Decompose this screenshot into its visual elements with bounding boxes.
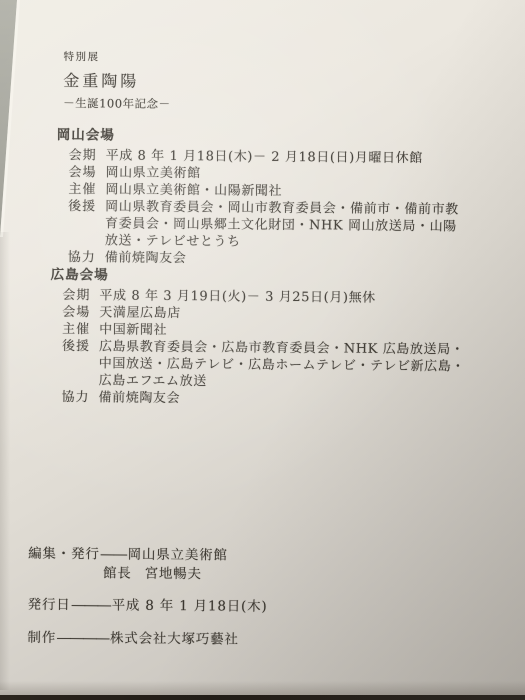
okayama-support-row: 後援 岡山県教育委員会・岡山市教育委員会・備前市・備前市教 育委員会・岡山県郷土… bbox=[68, 198, 476, 253]
production-label: 制作 bbox=[27, 629, 56, 647]
hiroshima-venue-section: 広島会場 会期 平成 8 年 3 月19日(火)－ 3 月25日(月)無休 会場… bbox=[49, 263, 475, 410]
publish-date-value: 平成 8 年 1 月18日(木) bbox=[112, 596, 268, 615]
production-row: 制作――――株式会社大塚巧藝社 bbox=[27, 629, 267, 649]
okayama-venue-section: 岡山会場 会期 平成 8 年 1 月18日(木)－ 2 月18日(日)月曜日休館… bbox=[56, 123, 477, 270]
row-value: 備前焼陶友会 bbox=[98, 389, 474, 409]
table-edge bbox=[0, 695, 525, 700]
row-label: 会場 bbox=[62, 304, 90, 321]
hiroshima-support-row: 後援 広島県教育委員会・広島市教育委員会・NHK 広島放送局・ 中国放送・広島テ… bbox=[62, 338, 475, 393]
row-label: 会場 bbox=[68, 164, 96, 181]
leader-dash: ―――― bbox=[57, 629, 109, 647]
editor-publisher-row: 編集・発行――岡山県立美術館 bbox=[28, 545, 268, 565]
row-label: 協力 bbox=[61, 389, 89, 406]
hiroshima-venue-details: 会期 平成 8 年 3 月19日(火)－ 3 月25日(月)無休 会場 天満屋広… bbox=[49, 287, 475, 410]
production-value: 株式会社大塚巧藝社 bbox=[110, 629, 239, 648]
hiroshima-cooperation-row: 協力 備前焼陶友会 bbox=[61, 389, 474, 410]
director-row: 館長宮地暢夫 bbox=[28, 564, 268, 584]
leader-dash: ――― bbox=[72, 596, 111, 614]
publish-date-label: 発行日 bbox=[28, 596, 71, 614]
row-label: 後援 bbox=[68, 198, 96, 215]
director-label: 館長 bbox=[103, 564, 132, 582]
exhibition-subtitle: －生誕100年記念－ bbox=[63, 95, 171, 112]
director-name: 宮地暢夫 bbox=[145, 565, 202, 583]
publish-date-row: 発行日―――平成 8 年 1 月18日(木) bbox=[28, 596, 268, 616]
row-label: 主催 bbox=[62, 321, 90, 338]
row-label: 会期 bbox=[69, 147, 97, 164]
okayama-venue-details: 会期 平成 8 年 1 月18日(木)－ 2 月18日(日)月曜日休館 会場 岡… bbox=[56, 147, 477, 270]
row-label: 会期 bbox=[62, 287, 90, 304]
leader-dash: ―― bbox=[101, 545, 127, 563]
colophon-block: 編集・発行――岡山県立美術館 館長宮地暢夫 発行日―――平成 8 年 1 月18… bbox=[27, 545, 268, 649]
page-bottom-shadow bbox=[0, 681, 525, 695]
row-label: 後援 bbox=[62, 338, 90, 355]
editor-value: 岡山県立美術館 bbox=[128, 546, 228, 565]
exhibition-type-label: 特別展 bbox=[63, 49, 171, 65]
catalog-colophon-page: 特別展 金重陶陽 －生誕100年記念－ 岡山会場 会期 平成 8 年 1 月18… bbox=[0, 0, 525, 700]
hiroshima-venue-heading: 広島会場 bbox=[51, 263, 476, 287]
editor-label: 編集・発行 bbox=[28, 545, 100, 564]
exhibition-title: 金重陶陽 bbox=[63, 68, 171, 92]
okayama-venue-heading: 岡山会場 bbox=[57, 123, 477, 147]
exhibition-title-block: 特別展 金重陶陽 －生誕100年記念－ bbox=[63, 49, 171, 112]
row-label: 主催 bbox=[68, 181, 96, 198]
